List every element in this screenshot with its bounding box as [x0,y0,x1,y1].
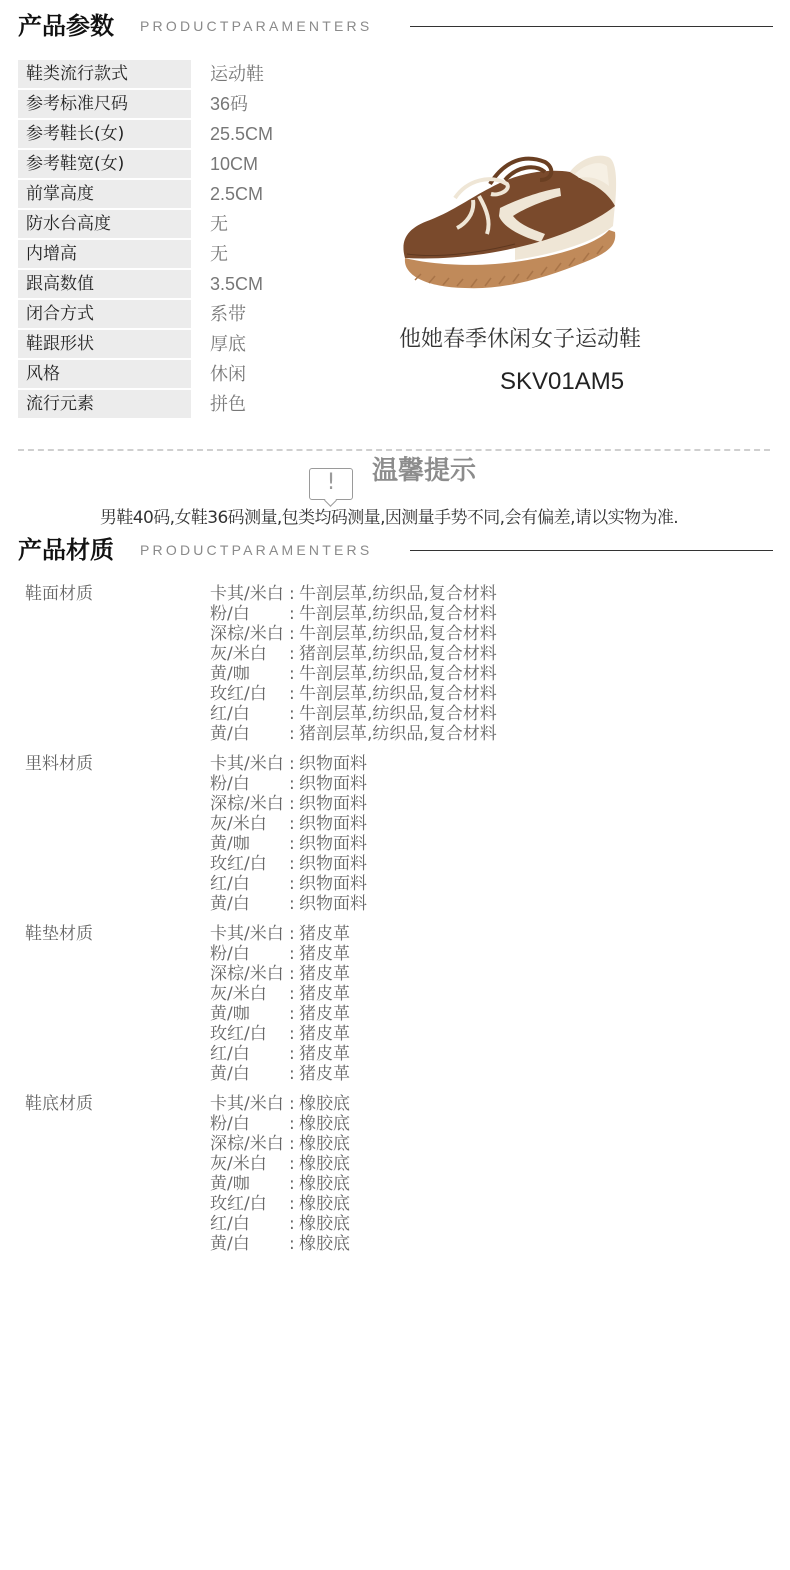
param-row: 参考鞋宽(女)10CM [18,150,358,178]
param-value: 36码 [191,90,248,118]
material-row: 灰/米白:猪皮革 [210,984,350,1004]
material-color: 深棕/米白 [210,1134,289,1154]
material-separator: : [289,894,299,914]
material-color: 黄/咖 [210,1174,289,1194]
material-value: 橡胶底 [299,1194,350,1214]
param-value: 运动鞋 [191,60,264,88]
param-value: 3.5CM [191,270,263,298]
material-color: 卡其/米白 [210,584,289,604]
material-separator: : [289,1174,299,1194]
material-value: 牛剖层革,纺织品,复合材料 [299,624,497,644]
material-label: 鞋垫材质 [25,924,93,944]
param-row: 防水台高度无 [18,210,358,238]
param-key: 跟高数值 [18,270,191,298]
material-color: 玫红/白 [210,1024,289,1044]
material-color: 深棕/米白 [210,964,289,984]
material-separator: : [289,814,299,834]
material-value: 猪皮革 [299,1024,350,1044]
param-row: 前掌高度2.5CM [18,180,358,208]
material-color: 灰/米白 [210,814,289,834]
material-row: 粉/白:牛剖层革,纺织品,复合材料 [210,604,497,624]
material-row: 黄/咖:橡胶底 [210,1174,350,1194]
material-row: 红/白:牛剖层革,纺织品,复合材料 [210,704,497,724]
material-separator: : [289,704,299,724]
param-value: 拼色 [191,390,246,418]
material-color: 卡其/米白 [210,924,289,944]
tip-title: 温馨提示 [372,453,476,489]
material-value: 橡胶底 [299,1094,350,1114]
material-separator: : [289,984,299,1004]
material-row: 黄/白:织物面料 [210,894,367,914]
material-row: 灰/米白:织物面料 [210,814,367,834]
material-separator: : [289,834,299,854]
material-separator: : [289,1194,299,1214]
material-color: 黄/咖 [210,1004,289,1024]
material-color: 灰/米白 [210,1154,289,1174]
material-separator: : [289,774,299,794]
material-value: 橡胶底 [299,1174,350,1194]
material-row: 玫红/白:橡胶底 [210,1194,350,1214]
material-color: 玫红/白 [210,854,289,874]
param-key: 风格 [18,360,191,388]
param-value: 无 [191,210,228,238]
material-row: 红/白:猪皮革 [210,1044,350,1064]
brown-sneaker-icon [395,150,625,295]
param-key: 闭合方式 [18,300,191,328]
material-color: 灰/米白 [210,984,289,1004]
material-value: 猪皮革 [299,984,350,1004]
material-value: 织物面料 [299,814,367,834]
material-value: 橡胶底 [299,1154,350,1174]
material-value: 橡胶底 [299,1234,350,1254]
material-separator: : [289,1154,299,1174]
material-row: 灰/米白:猪剖层革,纺织品,复合材料 [210,644,497,664]
material-label: 里料材质 [25,754,93,774]
param-value: 系带 [191,300,246,328]
material-color: 黄/白 [210,724,289,744]
param-row: 流行元素拼色 [18,390,358,418]
param-value: 休闲 [191,360,246,388]
material-value: 织物面料 [299,754,367,774]
material-value: 橡胶底 [299,1214,350,1234]
material-color: 黄/白 [210,894,289,914]
material-separator: : [289,964,299,984]
param-row: 参考鞋长(女)25.5CM [18,120,358,148]
exclamation-bubble-icon: ! [309,468,353,500]
material-color: 粉/白 [210,944,289,964]
material-color: 深棕/米白 [210,624,289,644]
material-row: 黄/白:猪皮革 [210,1064,350,1084]
params-section-title: 产品参数 [18,6,114,46]
material-row: 黄/咖:牛剖层革,纺织品,复合材料 [210,664,497,684]
material-separator: : [289,1134,299,1154]
material-value: 织物面料 [299,894,367,914]
material-color: 灰/米白 [210,644,289,664]
material-value: 牛剖层革,纺织品,复合材料 [299,704,497,724]
material-separator: : [289,724,299,744]
material-row: 粉/白:猪皮革 [210,944,350,964]
material-row: 黄/咖:猪皮革 [210,1004,350,1024]
material-separator: : [289,1234,299,1254]
materials-section-title: 产品材质 [18,530,114,570]
material-value: 牛剖层革,纺织品,复合材料 [299,664,497,684]
material-separator: : [289,1004,299,1024]
material-color: 黄/咖 [210,834,289,854]
material-color: 粉/白 [210,604,289,624]
param-key: 鞋类流行款式 [18,60,191,88]
material-value: 织物面料 [299,834,367,854]
material-separator: : [289,754,299,774]
material-row: 黄/白:橡胶底 [210,1234,350,1254]
material-separator: : [289,624,299,644]
param-value: 2.5CM [191,180,263,208]
material-color: 粉/白 [210,1114,289,1134]
materials-section-subtitle: PRODUCTPARAMENTERS [140,530,372,570]
material-value: 猪皮革 [299,1064,350,1084]
material-row: 卡其/米白:牛剖层革,纺织品,复合材料 [210,584,497,604]
material-color: 红/白 [210,1214,289,1234]
param-key: 流行元素 [18,390,191,418]
material-row: 黄/咖:织物面料 [210,834,367,854]
material-label: 鞋面材质 [25,584,93,604]
param-key: 防水台高度 [18,210,191,238]
material-color: 红/白 [210,1044,289,1064]
material-value: 猪剖层革,纺织品,复合材料 [299,724,497,744]
material-row: 玫红/白:织物面料 [210,854,367,874]
material-color: 卡其/米白 [210,754,289,774]
dashed-divider [18,449,770,451]
material-separator: : [289,1044,299,1064]
material-separator: : [289,874,299,894]
material-separator: : [289,1024,299,1044]
material-separator: : [289,584,299,604]
material-value: 织物面料 [299,774,367,794]
material-separator: : [289,1114,299,1134]
param-row: 跟高数值3.5CM [18,270,358,298]
material-row: 深棕/米白:织物面料 [210,794,367,814]
material-separator: : [289,1064,299,1084]
material-color: 粉/白 [210,774,289,794]
param-value: 无 [191,240,228,268]
tip-text: 男鞋40码,女鞋36码测量,包类均码测量,因测量手势不同,会有偏差,请以实物为准… [100,505,678,531]
material-value: 织物面料 [299,874,367,894]
param-key: 内增高 [18,240,191,268]
material-row: 玫红/白:猪皮革 [210,1024,350,1044]
material-separator: : [289,684,299,704]
material-value: 猪皮革 [299,944,350,964]
param-key: 鞋跟形状 [18,330,191,358]
material-row: 卡其/米白:猪皮革 [210,924,350,944]
material-separator: : [289,944,299,964]
material-color: 黄/白 [210,1064,289,1084]
material-separator: : [289,854,299,874]
material-color: 深棕/米白 [210,794,289,814]
material-row: 深棕/米白:橡胶底 [210,1134,350,1154]
param-row: 风格休闲 [18,360,358,388]
param-key: 参考标准尺码 [18,90,191,118]
material-separator: : [289,644,299,664]
param-value: 10CM [191,150,258,178]
material-row: 深棕/米白:牛剖层革,纺织品,复合材料 [210,624,497,644]
material-value: 猪皮革 [299,1004,350,1024]
section-divider-line [410,550,773,551]
material-separator: : [289,1094,299,1114]
params-section-subtitle: PRODUCTPARAMENTERS [140,6,372,46]
material-separator: : [289,1214,299,1234]
material-separator: : [289,604,299,624]
param-row: 鞋跟形状厚底 [18,330,358,358]
material-label: 鞋底材质 [25,1094,93,1114]
param-key: 参考鞋长(女) [18,120,191,148]
material-row: 红/白:织物面料 [210,874,367,894]
params-section-header: 产品参数 PRODUCTPARAMENTERS [0,6,790,46]
param-row: 内增高无 [18,240,358,268]
material-value: 橡胶底 [299,1114,350,1134]
param-value: 厚底 [191,330,246,358]
param-row: 参考标准尺码36码 [18,90,358,118]
param-value: 25.5CM [191,120,273,148]
param-key: 前掌高度 [18,180,191,208]
material-row: 卡其/米白:织物面料 [210,754,367,774]
material-value: 牛剖层革,纺织品,复合材料 [299,684,497,704]
material-row: 黄/白:猪剖层革,纺织品,复合材料 [210,724,497,744]
material-separator: : [289,924,299,944]
material-value: 猪皮革 [299,1044,350,1064]
section-divider-line [410,26,773,27]
material-value: 织物面料 [299,794,367,814]
material-color: 玫红/白 [210,684,289,704]
material-separator: : [289,794,299,814]
material-value: 猪皮革 [299,924,350,944]
material-row: 玫红/白:牛剖层革,纺织品,复合材料 [210,684,497,704]
material-value: 猪皮革 [299,964,350,984]
material-color: 黄/白 [210,1234,289,1254]
material-value: 牛剖层革,纺织品,复合材料 [299,604,497,624]
material-row: 粉/白:织物面料 [210,774,367,794]
material-row: 红/白:橡胶底 [210,1214,350,1234]
material-color: 红/白 [210,874,289,894]
material-color: 黄/咖 [210,664,289,684]
material-value: 橡胶底 [299,1134,350,1154]
material-color: 卡其/米白 [210,1094,289,1114]
material-row: 卡其/米白:橡胶底 [210,1094,350,1114]
material-row: 粉/白:橡胶底 [210,1114,350,1134]
materials-section-header: 产品材质 PRODUCTPARAMENTERS [0,530,790,570]
material-row: 深棕/米白:猪皮革 [210,964,350,984]
product-name: 他她春季休闲女子运动鞋 [399,325,641,355]
product-image [395,150,625,295]
material-row: 灰/米白:橡胶底 [210,1154,350,1174]
product-code: SKV01AM5 [500,366,624,398]
params-table: 鞋类流行款式运动鞋参考标准尺码36码参考鞋长(女)25.5CM参考鞋宽(女)10… [18,60,358,420]
material-value: 织物面料 [299,854,367,874]
material-color: 玫红/白 [210,1194,289,1214]
material-value: 牛剖层革,纺织品,复合材料 [299,584,497,604]
param-row: 鞋类流行款式运动鞋 [18,60,358,88]
param-key: 参考鞋宽(女) [18,150,191,178]
material-separator: : [289,664,299,684]
material-value: 猪剖层革,纺织品,复合材料 [299,644,497,664]
param-row: 闭合方式系带 [18,300,358,328]
material-color: 红/白 [210,704,289,724]
